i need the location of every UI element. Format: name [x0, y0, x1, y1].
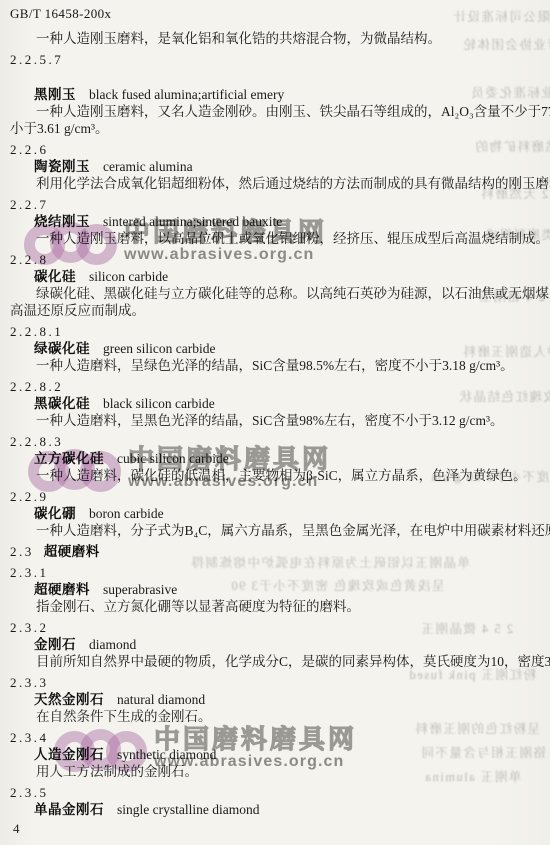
- definition-line: 一种人造刚玉磨料，以高品位矾土或氧化铝细粉，经挤压、辊压成型后高温烧结制成。: [10, 230, 544, 247]
- section-number: 2.2.5.7: [10, 51, 544, 68]
- definition-line: 一种人造磨料，呈绿色光泽的结晶，SiC含量98.5%左右，密度不小于3.18 g…: [10, 357, 544, 374]
- standard-number-header: GB/T 16458-200x: [10, 5, 544, 22]
- term-english: superabrasive: [103, 582, 177, 597]
- term-english: cubic silicon carbide: [117, 451, 229, 466]
- page-number: 4: [13, 821, 20, 837]
- section-number: 2.2.8.1: [10, 323, 544, 340]
- term-line: 超硬磨料superabrasive: [10, 581, 544, 598]
- definition-line: 在自然条件下生成的金刚石。: [10, 708, 544, 725]
- definition-line: 绿碳化硅、黑碳化硅与立方碳化硅等的总称。以高纯石英砂为硅源，以石油焦或无烟煤为碳…: [10, 285, 544, 302]
- section-number: 2.3.5: [10, 784, 544, 801]
- term-english: black silicon carbide: [103, 396, 215, 411]
- section-number: 2.2.8: [10, 251, 544, 268]
- term-line: 碳化硅silicon carbide: [10, 268, 544, 285]
- definition-line: 一种人造刚玉磨料，又名人造金刚砂。由刚玉、铁尖晶石等组成的，Al₂O₃含量不少于…: [10, 103, 544, 120]
- term-chinese: 单晶金刚石: [34, 802, 104, 817]
- term-line: 天然金刚石natural diamond: [10, 691, 544, 708]
- term-english: sintered alumina;sintered bauxite: [103, 214, 282, 229]
- term-english: natural diamond: [117, 692, 205, 707]
- definition-line: 小于3.61 g/cm³。: [10, 120, 544, 137]
- definition-line: 一种人造刚玉磨料，是氧化铝和氧化锆的共熔混合物，为微晶结构。: [10, 30, 544, 47]
- definition-line: 目前所知自然界中最硬的物质，化学成分C，是碳的同素异构体，莫氏硬度为10，密度3…: [10, 653, 544, 670]
- section-heading: 2.3超硬磨料: [10, 543, 544, 560]
- section-number: 2.2.8.3: [10, 433, 544, 450]
- term-line: 黑碳化硅black silicon carbide: [10, 395, 544, 412]
- term-chinese: 立方碳化硅: [34, 451, 104, 466]
- term-chinese: 人造金刚石: [34, 747, 104, 762]
- term-english: green silicon carbide: [103, 341, 215, 356]
- section-number: 2.2.9: [10, 488, 544, 505]
- definition-line: 高温还原反应而制成。: [10, 302, 544, 319]
- term-chinese: 绿碳化硅: [34, 341, 90, 356]
- term-english: black fused alumina;artificial emery: [89, 87, 284, 102]
- term-line: 人造金刚石synthetic diamond: [10, 746, 544, 763]
- term-english: silicon carbide: [89, 269, 168, 284]
- definition-line: 利用化学法合成氧化铝超细粉体，然后通过烧结的方法而制成的具有微晶结构的刚玉磨料。: [10, 175, 544, 192]
- term-line: 金刚石diamond: [10, 636, 544, 653]
- section-number: 2.3.4: [10, 729, 544, 746]
- definition-line: 一种人造磨料，碳化硅的低温相，主要物相为β-SiC，属立方晶系，色泽为黄绿色。: [10, 467, 544, 484]
- section-number: 2.3.3: [10, 674, 544, 691]
- term-line: 碳化硼boron carbide: [10, 505, 544, 522]
- term-chinese: 天然金刚石: [34, 692, 104, 707]
- term-line: 绿碳化硅green silicon carbide: [10, 340, 544, 357]
- term-chinese: 金刚石: [34, 637, 76, 652]
- term-english: ceramic alumina: [103, 159, 193, 174]
- definition-line: 一种人造磨料，分子式为B₄C，属六方晶系，呈黑色金属光泽，在电炉中用碳素材料还原…: [10, 522, 544, 539]
- term-chinese: 碳化硅: [34, 269, 76, 284]
- definition-line: 一种人造磨料，呈黑色光泽的结晶，SiC含量98%左右，密度不小于3.12 g/c…: [10, 412, 544, 429]
- term-line: 陶瓷刚玉ceramic alumina: [10, 158, 544, 175]
- document-content: GB/T 16458-200x 一种人造刚玉磨料，是氧化铝和氧化锆的共熔混合物，…: [0, 0, 550, 818]
- scanned-document-page: 份有限公司标准设计 术行业协会团体轮 行业标准化委员 天然磨料矿物的 2 2 天…: [0, 0, 550, 845]
- section-number: 2.2.6: [10, 141, 544, 158]
- term-english: boron carbide: [89, 506, 164, 521]
- term-line: 烧结刚玉sintered alumina;sintered bauxite: [10, 213, 544, 230]
- term-chinese: 黑刚玉: [34, 87, 76, 102]
- term-line: 黑刚玉black fused alumina;artificial emery: [10, 86, 544, 103]
- term-english: diamond: [89, 637, 136, 652]
- term-chinese: 陶瓷刚玉: [34, 159, 90, 174]
- section-number: 2.2.7: [10, 196, 544, 213]
- section-number: 2.3.1: [10, 564, 544, 581]
- term-chinese: 烧结刚玉: [34, 214, 90, 229]
- definition-line: 用人工方法制成的金刚石。: [10, 763, 544, 780]
- term-chinese: 超硬磨料: [34, 582, 90, 597]
- term-line: 立方碳化硅cubic silicon carbide: [10, 450, 544, 467]
- term-chinese: 碳化硼: [34, 506, 76, 521]
- term-chinese: 黑碳化硅: [34, 396, 90, 411]
- section-number: 2.3: [10, 544, 34, 559]
- term-english: single crystalline diamond: [117, 802, 259, 817]
- section-title: 超硬磨料: [44, 544, 100, 559]
- definition-line: 指金刚石、立方氮化硼等以显著高硬度为特征的磨料。: [10, 598, 544, 615]
- term-english: synthetic diamond: [117, 747, 216, 762]
- section-number: 2.2.8.2: [10, 378, 544, 395]
- section-number: 2.3.2: [10, 619, 544, 636]
- term-line: 单晶金刚石single crystalline diamond: [10, 801, 544, 818]
